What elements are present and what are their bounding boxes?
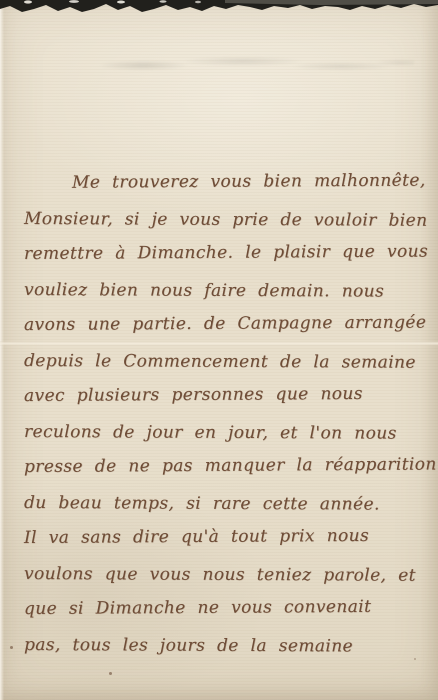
paper-left-edge — [0, 0, 4, 700]
ink-speck — [10, 646, 13, 649]
handwritten-line: pas, tous les jours de la semaine — [24, 628, 428, 665]
handwritten-line: Il va sans dire qu'à tout prix nous — [24, 519, 428, 557]
handwritten-line: depuis le Commencement de la semaine — [24, 344, 428, 381]
handwritten-line: presse de ne pas manquer la réapparition — [24, 448, 428, 486]
handwritten-line: du beau temps, si rare cette année. — [24, 486, 428, 523]
deckle-tear-graphic — [0, 0, 438, 16]
paper-deckle-edge — [0, 0, 438, 16]
handwritten-line: Me trouverez vous bien malhonnête, — [24, 164, 428, 202]
scanned-letter: Me trouverez vous bien malhonnête, Monsi… — [0, 0, 438, 700]
letter-page: Me trouverez vous bien malhonnête, Monsi… — [0, 0, 438, 700]
handwritten-line: remettre à Dimanche. le plaisir que vous — [24, 235, 428, 273]
handwritten-line: vouliez bien nous faire demain. nous — [24, 273, 428, 310]
handwritten-line: que si Dimanche ne vous convenait — [24, 590, 428, 628]
ink-speck — [109, 672, 112, 675]
handwritten-line: avec plusieurs personnes que nous — [24, 377, 428, 415]
letter-body: Me trouverez vous bien malhonnête, Monsi… — [24, 166, 428, 666]
handwritten-line: reculons de jour en jour, et l'on nous — [24, 415, 428, 452]
handwritten-line: Monsieur, si je vous prie de vouloir bie… — [24, 202, 428, 239]
handwritten-line: voulons que vous nous teniez parole, et — [24, 557, 428, 594]
ink-bleed-through — [84, 50, 414, 78]
ink-speck — [414, 658, 416, 660]
handwritten-line: avons une partie. de Campagne arrangée — [24, 306, 428, 344]
